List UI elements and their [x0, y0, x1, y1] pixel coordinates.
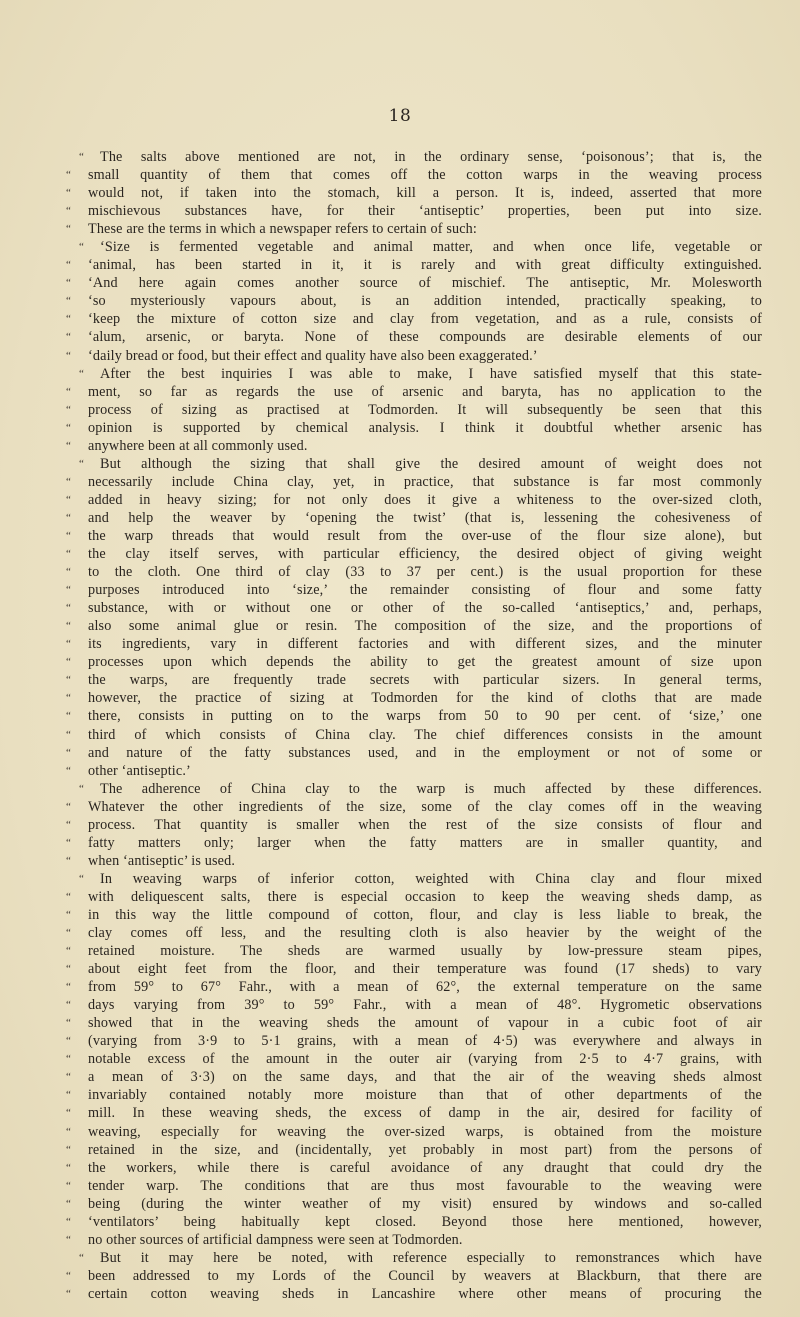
- line-text: to the cloth. One third of clay (33 to 3…: [88, 563, 762, 581]
- line-text: showed that in the weaving sheds the amo…: [88, 1014, 762, 1032]
- text-line: “But it may here be noted, with referenc…: [66, 1249, 766, 1267]
- line-text: ‘animal, has been started in it, it is r…: [88, 256, 762, 274]
- text-line: “‘animal, has been started in it, it is …: [66, 256, 766, 274]
- quotation-mark: “: [66, 762, 71, 780]
- text-line: “being (during the winter weather of my …: [66, 1195, 766, 1213]
- line-text: added in heavy sizing; for not only does…: [88, 491, 762, 509]
- line-text: the warp threads that would result from …: [88, 527, 762, 545]
- line-text: about eight feet from the floor, and the…: [88, 960, 762, 978]
- quotation-mark: “: [66, 1195, 71, 1213]
- quotation-mark: “: [66, 1014, 71, 1032]
- line-text: ‘Size is fermented vegetable and animal …: [100, 238, 762, 256]
- quotation-mark: “: [66, 1123, 71, 1141]
- line-text: process of sizing as practised at Todmor…: [88, 401, 762, 419]
- quotation-mark: “: [66, 1267, 71, 1285]
- quotation-mark: “: [66, 635, 71, 653]
- quotation-mark: “: [79, 1249, 84, 1267]
- quotation-mark: “: [66, 527, 71, 545]
- line-text: mill. In these weaving sheds, the excess…: [88, 1104, 762, 1122]
- quotation-mark: “: [79, 148, 84, 166]
- line-text: from 59° to 67° Fahr., with a mean of 62…: [88, 978, 762, 996]
- text-line: “mill. In these weaving sheds, the exces…: [66, 1104, 766, 1122]
- line-text: small quantity of them that comes off th…: [88, 166, 762, 184]
- line-text: certain cotton weaving sheds in Lancashi…: [88, 1285, 762, 1303]
- quotation-mark: “: [66, 383, 71, 401]
- text-line: “the warp threads that would result from…: [66, 527, 766, 545]
- line-text: anywhere been at all commonly used.: [88, 437, 762, 455]
- line-text: days varying from 39° to 59° Fahr., with…: [88, 996, 762, 1014]
- quotation-mark: “: [66, 671, 71, 689]
- line-text: been addressed to my Lords of the Counci…: [88, 1267, 762, 1285]
- line-text: After the best inquiries I was able to m…: [100, 365, 762, 383]
- line-text: ‘so mysteriously vapours about, is an ad…: [88, 292, 762, 310]
- text-line: “retained in the size, and (incidentally…: [66, 1141, 766, 1159]
- line-text: its ingredients, vary in different facto…: [88, 635, 762, 653]
- line-text: however, the practice of sizing at Todmo…: [88, 689, 762, 707]
- quotation-mark: “: [66, 653, 71, 671]
- line-text: clay comes off less, and the resulting c…: [88, 924, 762, 942]
- text-line: “‘alum, arsenic, or baryta. None of thes…: [66, 328, 766, 346]
- page-number: 18: [0, 106, 800, 126]
- line-text: necessarily include China clay, yet, in …: [88, 473, 762, 491]
- text-line: “with deliquescent salts, there is espec…: [66, 888, 766, 906]
- line-text: The salts above mentioned are not, in th…: [100, 148, 762, 166]
- line-text: the workers, while there is careful avoi…: [88, 1159, 762, 1177]
- quotation-mark: “: [66, 545, 71, 563]
- text-line: “process of sizing as practised at Todmo…: [66, 401, 766, 419]
- quotation-mark: “: [66, 1285, 71, 1303]
- quotation-mark: “: [66, 1050, 71, 1068]
- text-line: “about eight feet from the floor, and th…: [66, 960, 766, 978]
- line-text: ment, so far as regards the use of arsen…: [88, 383, 762, 401]
- text-line: “‘ventilators’ being habitually kept clo…: [66, 1213, 766, 1231]
- text-line: “The salts above mentioned are not, in t…: [66, 148, 766, 166]
- text-line: “‘so mysteriously vapours about, is an a…: [66, 292, 766, 310]
- quotation-mark: “: [66, 1032, 71, 1050]
- quotation-mark: “: [66, 292, 71, 310]
- text-line: “and nature of the fatty substances used…: [66, 744, 766, 762]
- quotation-mark: “: [66, 689, 71, 707]
- quotation-mark: “: [66, 996, 71, 1014]
- text-line: “clay comes off less, and the resulting …: [66, 924, 766, 942]
- line-text: ‘ventilators’ being habitually kept clos…: [88, 1213, 762, 1231]
- quotation-mark: “: [66, 888, 71, 906]
- quotation-mark: “: [79, 238, 84, 256]
- text-line: “added in heavy sizing; for not only doe…: [66, 491, 766, 509]
- quotation-mark: “: [79, 455, 84, 473]
- line-text: invariably contained notably more moistu…: [88, 1086, 762, 1104]
- text-line: “days varying from 39° to 59° Fahr., wit…: [66, 996, 766, 1014]
- line-text: ‘daily bread or food, but their effect a…: [88, 347, 762, 365]
- text-line: “showed that in the weaving sheds the am…: [66, 1014, 766, 1032]
- text-line: “been addressed to my Lords of the Counc…: [66, 1267, 766, 1285]
- quotation-mark: “: [66, 347, 71, 365]
- line-text: process. That quantity is smaller when t…: [88, 816, 762, 834]
- quotation-mark: “: [66, 473, 71, 491]
- line-text: being (during the winter weather of my v…: [88, 1195, 762, 1213]
- text-line: “‘daily bread or food, but their effect …: [66, 347, 766, 365]
- text-line: “substance, with or without one or other…: [66, 599, 766, 617]
- quotation-mark: “: [66, 707, 71, 725]
- quotation-mark: “: [66, 726, 71, 744]
- text-line: “third of which consists of China clay. …: [66, 726, 766, 744]
- text-line: “ment, so far as regards the use of arse…: [66, 383, 766, 401]
- text-line: “fatty matters only; larger when the fat…: [66, 834, 766, 852]
- text-line: “from 59° to 67° Fahr., with a mean of 6…: [66, 978, 766, 996]
- line-text: with deliquescent salts, there is especi…: [88, 888, 762, 906]
- line-text: weaving, especially for weaving the over…: [88, 1123, 762, 1141]
- line-text: third of which consists of China clay. T…: [88, 726, 762, 744]
- text-line: “After the best inquiries I was able to …: [66, 365, 766, 383]
- quotation-mark: “: [66, 1068, 71, 1086]
- line-text: opinion is supported by chemical analysi…: [88, 419, 762, 437]
- text-line: “the workers, while there is careful avo…: [66, 1159, 766, 1177]
- line-text: tender warp. The conditions that are thu…: [88, 1177, 762, 1195]
- line-text: other ‘antiseptic.’: [88, 762, 762, 780]
- quotation-mark: “: [66, 401, 71, 419]
- quotation-mark: “: [79, 365, 84, 383]
- text-line: “the warps, are frequently trade secrets…: [66, 671, 766, 689]
- quotation-mark: “: [66, 906, 71, 924]
- quotation-mark: “: [66, 256, 71, 274]
- line-text: But it may here be noted, with reference…: [100, 1249, 762, 1267]
- quotation-mark: “: [66, 617, 71, 635]
- quotation-mark: “: [66, 942, 71, 960]
- line-text: would not, if taken into the stomach, ki…: [88, 184, 762, 202]
- quotation-mark: “: [66, 834, 71, 852]
- text-line: “also some animal glue or resin. The com…: [66, 617, 766, 635]
- text-line: “would not, if taken into the stomach, k…: [66, 184, 766, 202]
- text-line: “its ingredients, vary in different fact…: [66, 635, 766, 653]
- text-line: “opinion is supported by chemical analys…: [66, 419, 766, 437]
- line-text: retained moisture. The sheds are warmed …: [88, 942, 762, 960]
- line-text: ‘keep the mixture of cotton size and cla…: [88, 310, 762, 328]
- quotation-mark: “: [66, 744, 71, 762]
- text-line: “and help the weaver by ‘opening the twi…: [66, 509, 766, 527]
- line-text: substance, with or without one or other …: [88, 599, 762, 617]
- text-line: “invariably contained notably more moist…: [66, 1086, 766, 1104]
- quotation-mark: “: [66, 274, 71, 292]
- quotation-mark: “: [66, 563, 71, 581]
- quotation-mark: “: [66, 328, 71, 346]
- line-text: in this way the little compound of cotto…: [88, 906, 762, 924]
- quotation-mark: “: [66, 924, 71, 942]
- line-text: In weaving warps of inferior cotton, wei…: [100, 870, 762, 888]
- quotation-mark: “: [66, 1231, 71, 1249]
- text-line: “certain cotton weaving sheds in Lancash…: [66, 1285, 766, 1303]
- line-text: But although the sizing that shall give …: [100, 455, 762, 473]
- quotation-mark: “: [66, 491, 71, 509]
- quotation-mark: “: [66, 509, 71, 527]
- quotation-mark: “: [66, 1213, 71, 1231]
- text-line: “These are the terms in which a newspape…: [66, 220, 766, 238]
- line-text: The adherence of China clay to the warp …: [100, 780, 762, 798]
- text-line: “anywhere been at all commonly used.: [66, 437, 766, 455]
- text-line: “in this way the little compound of cott…: [66, 906, 766, 924]
- quotation-mark: “: [66, 1086, 71, 1104]
- quotation-mark: “: [66, 310, 71, 328]
- text-line: “small quantity of them that comes off t…: [66, 166, 766, 184]
- text-line: “‘Size is fermented vegetable and animal…: [66, 238, 766, 256]
- quotation-mark: “: [66, 184, 71, 202]
- text-line: “a mean of 3·3) on the same days, and th…: [66, 1068, 766, 1086]
- quotation-mark: “: [66, 1159, 71, 1177]
- text-line: “when ‘antiseptic’ is used.: [66, 852, 766, 870]
- quotation-mark: “: [66, 599, 71, 617]
- text-line: “‘And here again comes another source of…: [66, 274, 766, 292]
- line-text: ‘alum, arsenic, or baryta. None of these…: [88, 328, 762, 346]
- text-line: “no other sources of artificial dampness…: [66, 1231, 766, 1249]
- text-line: “the clay itself serves, with particular…: [66, 545, 766, 563]
- line-text: and help the weaver by ‘opening the twis…: [88, 509, 762, 527]
- line-text: (varying from 3·9 to 5·1 grains, with a …: [88, 1032, 762, 1050]
- line-text: the clay itself serves, with particular …: [88, 545, 762, 563]
- text-line: “mischievous substances have, for their …: [66, 202, 766, 220]
- document-page: 18 “The salts above mentioned are not, i…: [0, 0, 800, 1317]
- line-text: These are the terms in which a newspaper…: [88, 220, 762, 238]
- line-text: and nature of the fatty substances used,…: [88, 744, 762, 762]
- body-text: “The salts above mentioned are not, in t…: [66, 148, 766, 1303]
- line-text: also some animal glue or resin. The comp…: [88, 617, 762, 635]
- text-line: “there, consists in putting on to the wa…: [66, 707, 766, 725]
- line-text: the warps, are frequently trade secrets …: [88, 671, 762, 689]
- quotation-mark: “: [66, 852, 71, 870]
- quotation-mark: “: [66, 220, 71, 238]
- quotation-mark: “: [66, 978, 71, 996]
- text-line: “however, the practice of sizing at Todm…: [66, 689, 766, 707]
- line-text: fatty matters only; larger when the fatt…: [88, 834, 762, 852]
- quotation-mark: “: [66, 419, 71, 437]
- line-text: processes upon which depends the ability…: [88, 653, 762, 671]
- text-line: “The adherence of China clay to the warp…: [66, 780, 766, 798]
- text-line: “to the cloth. One third of clay (33 to …: [66, 563, 766, 581]
- line-text: no other sources of artificial dampness …: [88, 1231, 762, 1249]
- line-text: a mean of 3·3) on the same days, and tha…: [88, 1068, 762, 1086]
- line-text: when ‘antiseptic’ is used.: [88, 852, 762, 870]
- line-text: retained in the size, and (incidentally,…: [88, 1141, 762, 1159]
- quotation-mark: “: [66, 581, 71, 599]
- text-line: “other ‘antiseptic.’: [66, 762, 766, 780]
- text-line: “weaving, especially for weaving the ove…: [66, 1123, 766, 1141]
- line-text: notable excess of the amount in the oute…: [88, 1050, 762, 1068]
- text-line: “processes upon which depends the abilit…: [66, 653, 766, 671]
- quotation-mark: “: [66, 798, 71, 816]
- text-line: “But although the sizing that shall give…: [66, 455, 766, 473]
- quotation-mark: “: [79, 780, 84, 798]
- quotation-mark: “: [79, 870, 84, 888]
- quotation-mark: “: [66, 437, 71, 455]
- quotation-mark: “: [66, 816, 71, 834]
- text-line: “In weaving warps of inferior cotton, we…: [66, 870, 766, 888]
- text-line: “notable excess of the amount in the out…: [66, 1050, 766, 1068]
- text-line: “process. That quantity is smaller when …: [66, 816, 766, 834]
- line-text: purposes introduced into ‘size,’ the rem…: [88, 581, 762, 599]
- text-line: “(varying from 3·9 to 5·1 grains, with a…: [66, 1032, 766, 1050]
- text-line: “tender warp. The conditions that are th…: [66, 1177, 766, 1195]
- text-line: “retained moisture. The sheds are warmed…: [66, 942, 766, 960]
- quotation-mark: “: [66, 202, 71, 220]
- line-text: there, consists in putting on to the war…: [88, 707, 762, 725]
- quotation-mark: “: [66, 960, 71, 978]
- text-line: “necessarily include China clay, yet, in…: [66, 473, 766, 491]
- quotation-mark: “: [66, 1177, 71, 1195]
- quotation-mark: “: [66, 1104, 71, 1122]
- text-line: “purposes introduced into ‘size,’ the re…: [66, 581, 766, 599]
- line-text: Whatever the other ingredients of the si…: [88, 798, 762, 816]
- text-line: “Whatever the other ingredients of the s…: [66, 798, 766, 816]
- line-text: mischievous substances have, for their ‘…: [88, 202, 762, 220]
- text-line: “‘keep the mixture of cotton size and cl…: [66, 310, 766, 328]
- quotation-mark: “: [66, 166, 71, 184]
- quotation-mark: “: [66, 1141, 71, 1159]
- line-text: ‘And here again comes another source of …: [88, 274, 762, 292]
